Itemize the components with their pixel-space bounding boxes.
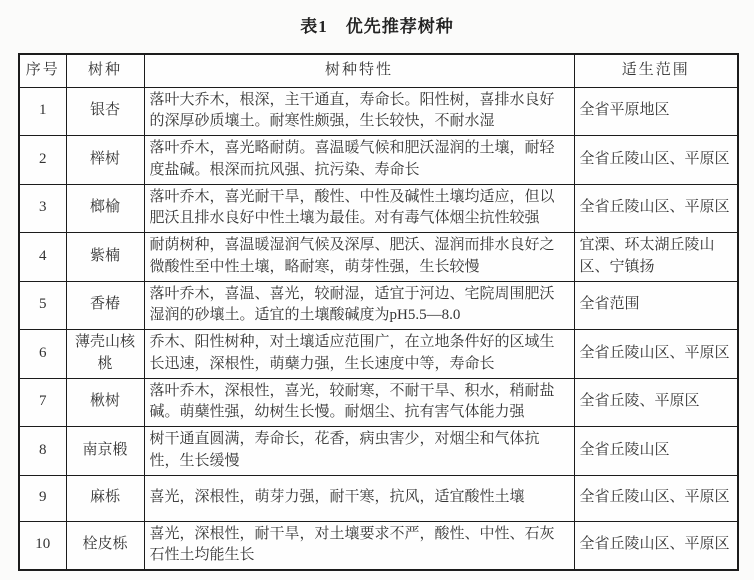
traits-cell: 落叶乔木，喜光略耐荫。喜温暖气候和肥沃湿润的土壤，耐轻度盐碱。根深而抗风强、抗污… bbox=[144, 136, 574, 185]
species-cell: 榉树 bbox=[66, 136, 144, 185]
row-number-cell: 3 bbox=[19, 184, 66, 233]
species-cell: 栓皮栎 bbox=[66, 521, 144, 570]
range-cell: 全省丘陵山区 bbox=[574, 427, 738, 476]
species-cell: 香椿 bbox=[66, 281, 144, 330]
document-page: 表1 优先推荐树种 序号 树种 树种特性 适生范围 1 银杏 落叶大乔木，根深，… bbox=[0, 0, 754, 580]
range-cell: 全省丘陵山区、平原区 bbox=[574, 136, 738, 185]
table-row: 5 香椿 落叶乔木，喜温、喜光，较耐湿，适宜于河边、宅院周围肥沃湿润的砂壤土。适… bbox=[19, 281, 738, 330]
table-row: 7 楸树 落叶乔木，深根性，喜光，较耐寒，不耐干旱、积水，稍耐盐碱。萌蘖性强，幼… bbox=[19, 378, 738, 427]
row-number-cell: 2 bbox=[19, 136, 66, 185]
species-cell: 薄壳山核桃 bbox=[66, 330, 144, 379]
range-cell: 全省丘陵山区、平原区 bbox=[574, 184, 738, 233]
row-number-cell: 9 bbox=[19, 475, 66, 521]
traits-cell: 乔木、阳性树种，对土壤适应范围广，在立地条件好的区域生长迅速，深根性，萌蘖力强，… bbox=[144, 330, 574, 379]
row-number-cell: 7 bbox=[19, 378, 66, 427]
traits-cell: 耐荫树种，喜温暖湿润气候及深厚、肥沃、湿润而排水良好之微酸性至中性土壤，略耐寒，… bbox=[144, 233, 574, 282]
range-cell: 全省丘陵山区、平原区 bbox=[574, 330, 738, 379]
row-number-cell: 10 bbox=[19, 521, 66, 570]
species-cell: 麻栎 bbox=[66, 475, 144, 521]
species-cell: 南京椴 bbox=[66, 427, 144, 476]
column-header-species: 树种 bbox=[66, 54, 144, 87]
range-cell: 全省平原地区 bbox=[574, 87, 738, 136]
range-cell: 全省丘陵山区、平原区 bbox=[574, 521, 738, 570]
traits-cell: 落叶乔木，深根性，喜光，较耐寒，不耐干旱、积水，稍耐盐碱。萌蘖性强，幼树生长慢。… bbox=[144, 378, 574, 427]
traits-cell: 落叶乔木，喜光耐干旱，酸性、中性及碱性土壤均适应，但以肥沃且排水良好中性土壤为最… bbox=[144, 184, 574, 233]
species-cell: 银杏 bbox=[66, 87, 144, 136]
header-row: 序号 树种 树种特性 适生范围 bbox=[19, 54, 738, 87]
traits-cell: 落叶乔木，喜温、喜光，较耐湿，适宜于河边、宅院周围肥沃湿润的砂壤土。适宜的土壤酸… bbox=[144, 281, 574, 330]
table-title: 表1 优先推荐树种 bbox=[0, 12, 754, 37]
table-row: 3 榔榆 落叶乔木，喜光耐干旱，酸性、中性及碱性土壤均适应，但以肥沃且排水良好中… bbox=[19, 184, 738, 233]
traits-cell: 落叶大乔木，根深，主干通直，寿命长。阳性树，喜排水良好的深厚砂质壤土。耐寒性颇强… bbox=[144, 87, 574, 136]
traits-cell: 喜光，深根性，耐干旱，对土壤要求不严，酸性、中性、石灰石性土均能生长 bbox=[144, 521, 574, 570]
table-body: 1 银杏 落叶大乔木，根深，主干通直，寿命长。阳性树，喜排水良好的深厚砂质壤土。… bbox=[19, 87, 738, 570]
range-cell: 宜溧、环太湖丘陵山区、宁镇扬 bbox=[574, 233, 738, 282]
range-cell: 全省范围 bbox=[574, 281, 738, 330]
range-cell: 全省丘陵山区、平原区 bbox=[574, 475, 738, 521]
column-header-range: 适生范围 bbox=[574, 54, 738, 87]
species-table: 序号 树种 树种特性 适生范围 1 银杏 落叶大乔木，根深，主干通直，寿命长。阳… bbox=[18, 53, 739, 571]
table-row: 6 薄壳山核桃 乔木、阳性树种，对土壤适应范围广，在立地条件好的区域生长迅速，深… bbox=[19, 330, 738, 379]
range-cell: 全省丘陵、平原区 bbox=[574, 378, 738, 427]
column-header-traits: 树种特性 bbox=[144, 54, 574, 87]
table-row: 8 南京椴 树干通直圆满，寿命长，花香，病虫害少，对烟尘和气体抗性，生长缓慢 全… bbox=[19, 427, 738, 476]
row-number-cell: 8 bbox=[19, 427, 66, 476]
species-cell: 榔榆 bbox=[66, 184, 144, 233]
row-number-cell: 4 bbox=[19, 233, 66, 282]
row-number-cell: 5 bbox=[19, 281, 66, 330]
row-number-cell: 1 bbox=[19, 87, 66, 136]
table-row: 2 榉树 落叶乔木，喜光略耐荫。喜温暖气候和肥沃湿润的土壤，耐轻度盐碱。根深而抗… bbox=[19, 136, 738, 185]
column-header-number: 序号 bbox=[19, 54, 66, 87]
table-row: 9 麻栎 喜光，深根性，萌芽力强，耐干寒，抗风，适宜酸性土壤 全省丘陵山区、平原… bbox=[19, 475, 738, 521]
traits-cell: 喜光，深根性，萌芽力强，耐干寒，抗风，适宜酸性土壤 bbox=[144, 475, 574, 521]
traits-cell: 树干通直圆满，寿命长，花香，病虫害少，对烟尘和气体抗性，生长缓慢 bbox=[144, 427, 574, 476]
table-row: 4 紫楠 耐荫树种，喜温暖湿润气候及深厚、肥沃、湿润而排水良好之微酸性至中性土壤… bbox=[19, 233, 738, 282]
species-cell: 楸树 bbox=[66, 378, 144, 427]
table-row: 1 银杏 落叶大乔木，根深，主干通直，寿命长。阳性树，喜排水良好的深厚砂质壤土。… bbox=[19, 87, 738, 136]
row-number-cell: 6 bbox=[19, 330, 66, 379]
species-cell: 紫楠 bbox=[66, 233, 144, 282]
table-row: 10 栓皮栎 喜光，深根性，耐干旱，对土壤要求不严，酸性、中性、石灰石性土均能生… bbox=[19, 521, 738, 570]
